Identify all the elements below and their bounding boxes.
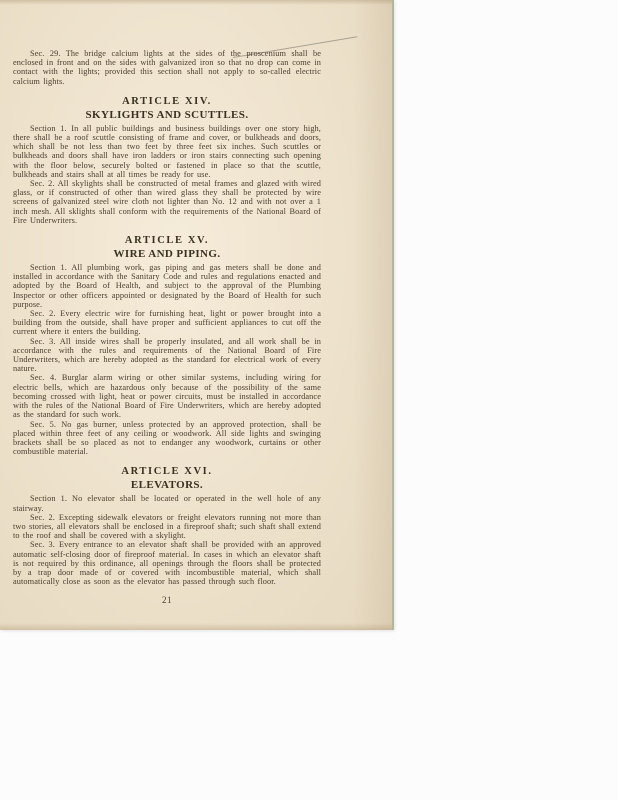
scanned-page: Sec. 29. The bridge calcium lights at th… (0, 0, 394, 630)
article-xv-paragraph-5: Sec. 5. No gas burner, unless protected … (13, 420, 321, 457)
scan-background: { "scan": { "page_number": "21", "intro_… (0, 0, 618, 800)
article-xv-subject: WIRE AND PIPING. (13, 249, 321, 260)
article-xiv-subject: SKYLIGHTS AND SCUTTLES. (13, 110, 321, 121)
article-xv-paragraph-4: Sec. 4. Burglar alarm wiring or other si… (13, 373, 321, 419)
article-xv-title: ARTICLE XV. (13, 235, 321, 246)
article-xv-paragraph-1: Section 1. All plumbing work, gas piping… (13, 263, 321, 309)
article-xvi-subject: ELEVATORS. (13, 480, 321, 491)
article-xiv-paragraph-1: Section 1. In all public buildings and b… (13, 124, 321, 179)
article-xiv-title: ARTICLE XIV. (13, 96, 321, 107)
page-number: 21 (13, 595, 321, 605)
article-xvi-paragraph-3: Sec. 3. Every entrance to an elevator sh… (13, 540, 321, 586)
paragraph-sec-29: Sec. 29. The bridge calcium lights at th… (13, 49, 321, 86)
article-xvi-title: ARTICLE XVI. (13, 466, 321, 477)
article-xv-paragraph-2: Sec. 2. Every electric wire for furnishi… (13, 309, 321, 337)
article-xvi-paragraph-2: Sec. 2. Excepting sidewalk elevators or … (13, 513, 321, 541)
article-xv-paragraph-3: Sec. 3. All inside wires shall be proper… (13, 337, 321, 374)
article-xiv-paragraph-2: Sec. 2. All skylights shall be construct… (13, 179, 321, 225)
article-xvi-paragraph-1: Section 1. No elevator shall be located … (13, 494, 321, 512)
page-content: Sec. 29. The bridge calcium lights at th… (13, 49, 321, 605)
